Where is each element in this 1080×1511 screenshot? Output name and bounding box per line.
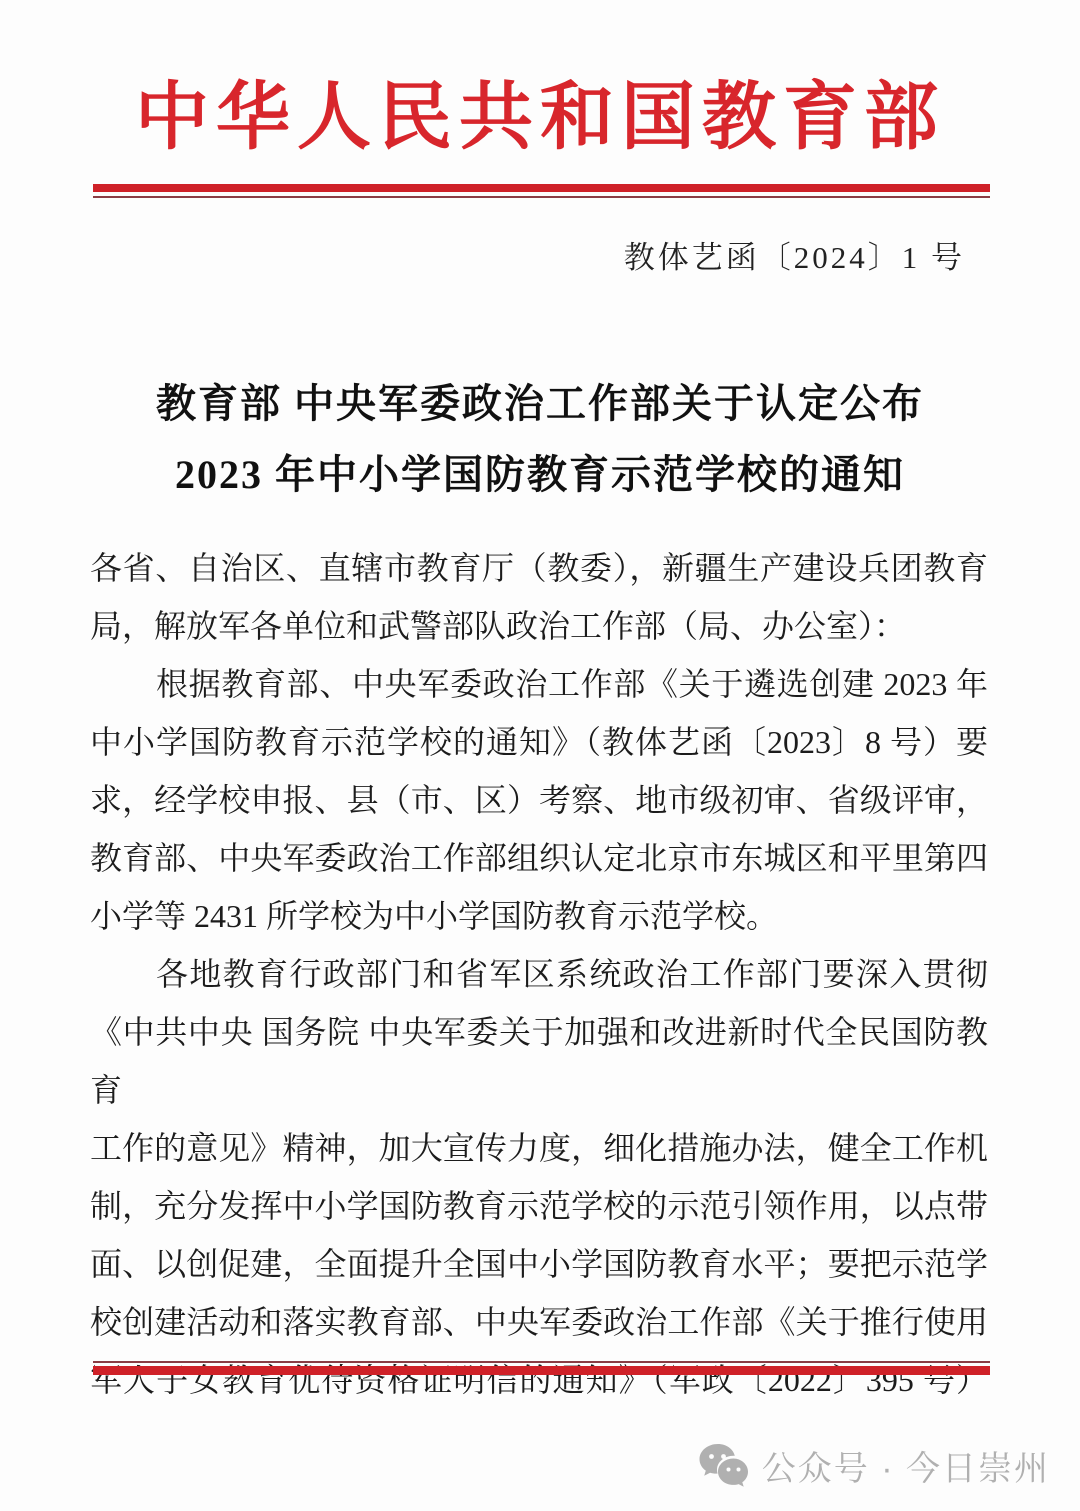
ministry-name-heading: 中华人民共和国教育部 (0, 58, 1080, 164)
footer-rule-thick (93, 1366, 990, 1375)
body-line: 军人子女教育优待资格证明信的通知》（军政〔2022〕395 号） (90, 1351, 988, 1409)
document-title-line-1: 教育部 中央军委政治工作部关于认定公布 (0, 368, 1080, 439)
document-number: 教体艺函〔2024〕1 号 (624, 232, 965, 277)
body-line: 面、以创促建，全面提升全国中小学国防教育水平；要把示范学 (90, 1235, 988, 1293)
body-paragraph: 根据教育部、中央军委政治工作部《关于遴选创建 2023 年中小学国防教育示范学校… (90, 655, 988, 945)
body-line: 各地教育行政部门和省军区系统政治工作部门要深入贯彻 (90, 945, 988, 1003)
document-title-line-2: 2023 年中小学国防教育示范学校的通知 (0, 439, 1080, 510)
document-body: 各省、自治区、直辖市教育厅（教委），新疆生产建设兵团教育局，解放军各单位和武警部… (90, 539, 988, 1409)
header-rule-thin (93, 196, 990, 198)
wechat-watermark: 公众号 · 今日崇州 (698, 1441, 1050, 1490)
official-document-page: 中华人民共和国教育部 教体艺函〔2024〕1 号 教育部 中央军委政治工作部关于… (0, 0, 1080, 1511)
footer-rule-thin (93, 1361, 990, 1363)
body-line: 教育部、中央军委政治工作部组织认定北京市东城区和平里第四 (90, 829, 988, 887)
wechat-icon (698, 1442, 750, 1490)
body-line: 各省、自治区、直辖市教育厅（教委），新疆生产建设兵团教育 (90, 539, 988, 597)
body-paragraph: 各地教育行政部门和省军区系统政治工作部门要深入贯彻《中共中央 国务院 中央军委关… (90, 945, 988, 1409)
body-line: 求，经学校申报、县（市、区）考察、地市级初审、省级评审， (90, 771, 988, 829)
body-line: 工作的意见》精神，加大宣传力度，细化措施办法，健全工作机 (90, 1119, 988, 1177)
body-line: 《中共中央 国务院 中央军委关于加强和改进新时代全民国防教育 (90, 1003, 988, 1119)
body-line: 小学等 2431 所学校为中小学国防教育示范学校。 (90, 887, 988, 945)
body-line: 校创建活动和落实教育部、中央军委政治工作部《关于推行使用 (90, 1293, 988, 1351)
document-title: 教育部 中央军委政治工作部关于认定公布 2023 年中小学国防教育示范学校的通知 (0, 368, 1080, 510)
body-line: 制，充分发挥中小学国防教育示范学校的示范引领作用，以点带 (90, 1177, 988, 1235)
watermark-text: 公众号 · 今日崇州 (762, 1441, 1050, 1490)
body-line: 中小学国防教育示范学校的通知》（教体艺函〔2023〕8 号）要 (90, 713, 988, 771)
body-line: 根据教育部、中央军委政治工作部《关于遴选创建 2023 年 (90, 655, 988, 713)
body-line: 局，解放军各单位和武警部队政治工作部（局、办公室）： (90, 597, 988, 655)
header-rule-thick (93, 184, 990, 192)
body-paragraph: 各省、自治区、直辖市教育厅（教委），新疆生产建设兵团教育局，解放军各单位和武警部… (90, 539, 988, 655)
